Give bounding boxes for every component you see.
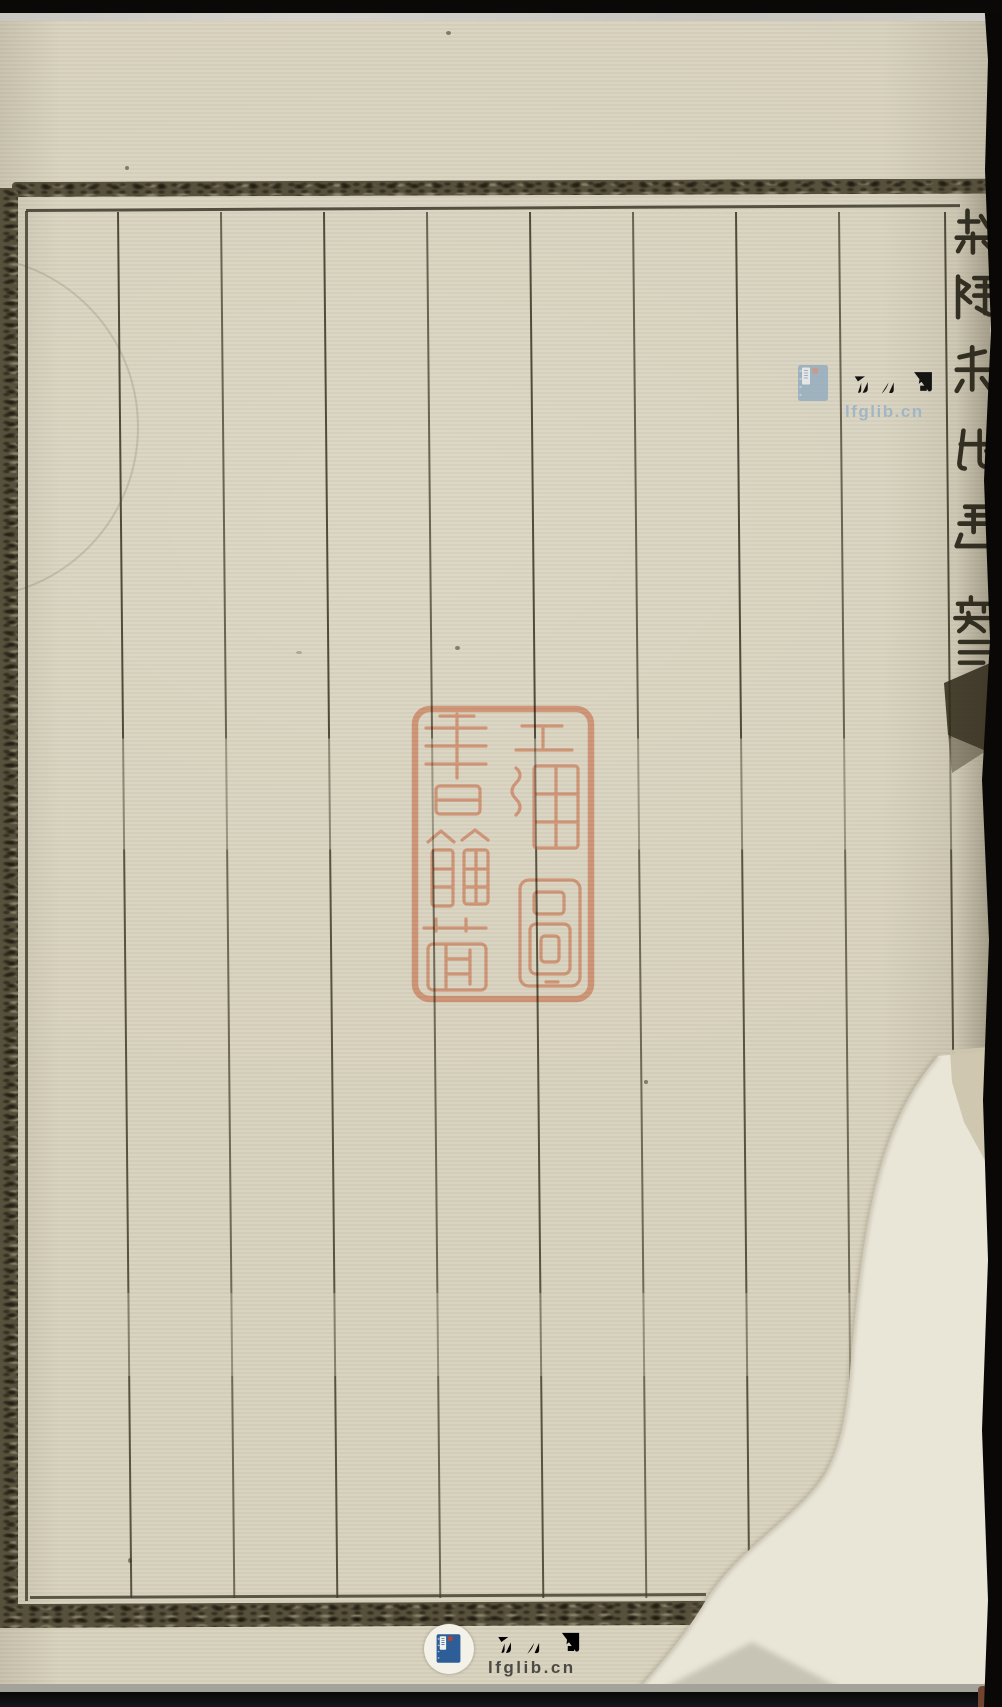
glyph-ge: [556, 1627, 585, 1656]
glyph-fang: [521, 1627, 550, 1656]
glyph-liu: [486, 1627, 515, 1656]
logo-badge-circle: [424, 1624, 474, 1674]
site-name-glyphs: [842, 366, 938, 396]
site-name-text: 流芳阁: [424, 1624, 425, 1625]
site-url: lfglib.cn: [488, 1658, 576, 1678]
scanned-genealogy-page: 上海圖書館藏 紫陽朱氏建安堂: [0, 0, 1002, 1707]
glyph-ge: [908, 366, 938, 396]
site-name-text: 流芳阁: [830, 362, 831, 363]
glyph-fang: [875, 366, 905, 396]
site-name-glyphs: [486, 1627, 585, 1656]
book-icon: [435, 1632, 462, 1665]
glyph-liu: [842, 366, 872, 396]
site-url: lfglib.cn: [845, 402, 924, 422]
book-icon: [796, 362, 830, 404]
watermark-top-right: 流芳阁 lfglib.cn: [796, 362, 971, 432]
torn-paper-region: [0, 0, 1002, 1707]
bottom-edge-bar: [0, 1692, 1002, 1707]
scan-bed-line: [0, 1684, 1002, 1692]
top-edge-bar: [0, 0, 1002, 13]
watermark-bottom: 流芳阁 lfglib.cn: [424, 1624, 684, 1680]
right-edge-bar: [938, 0, 1002, 1707]
